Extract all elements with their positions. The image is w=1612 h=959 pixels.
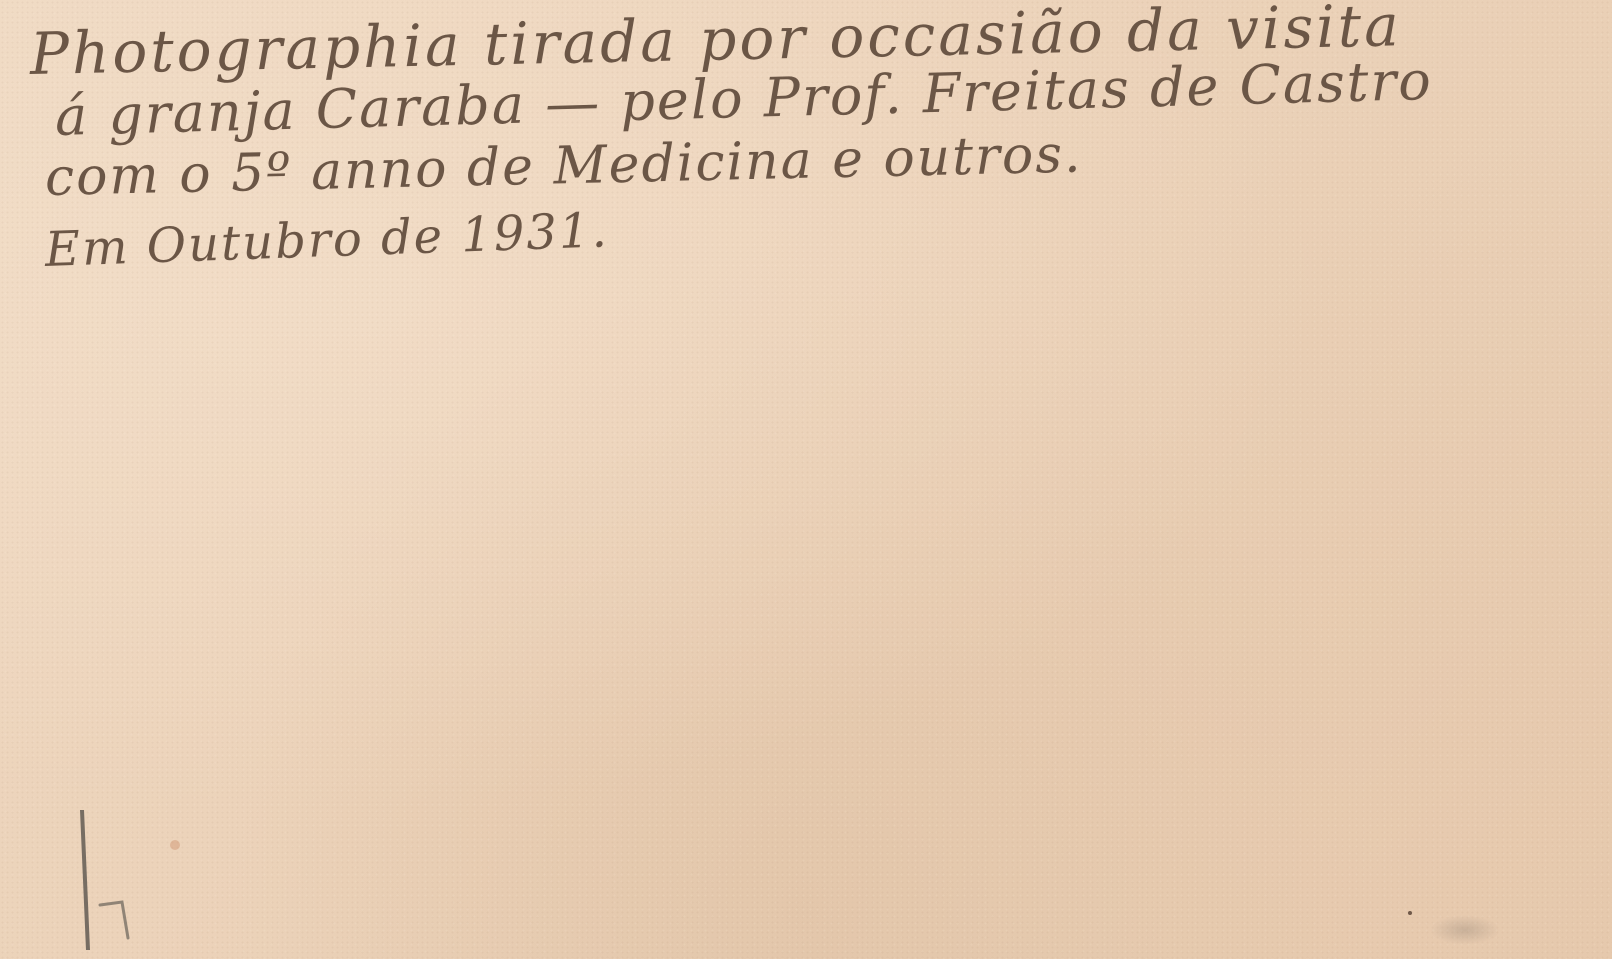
pencil-margin-mark bbox=[78, 810, 148, 950]
photograph-back: Photographia tirada por occasião da visi… bbox=[0, 0, 1612, 959]
foxing-stain bbox=[1430, 915, 1500, 945]
ink-speck bbox=[1408, 911, 1412, 915]
inscription-line-4: Em Outubro de 1931. bbox=[44, 202, 610, 278]
foxing-spot bbox=[170, 840, 180, 850]
